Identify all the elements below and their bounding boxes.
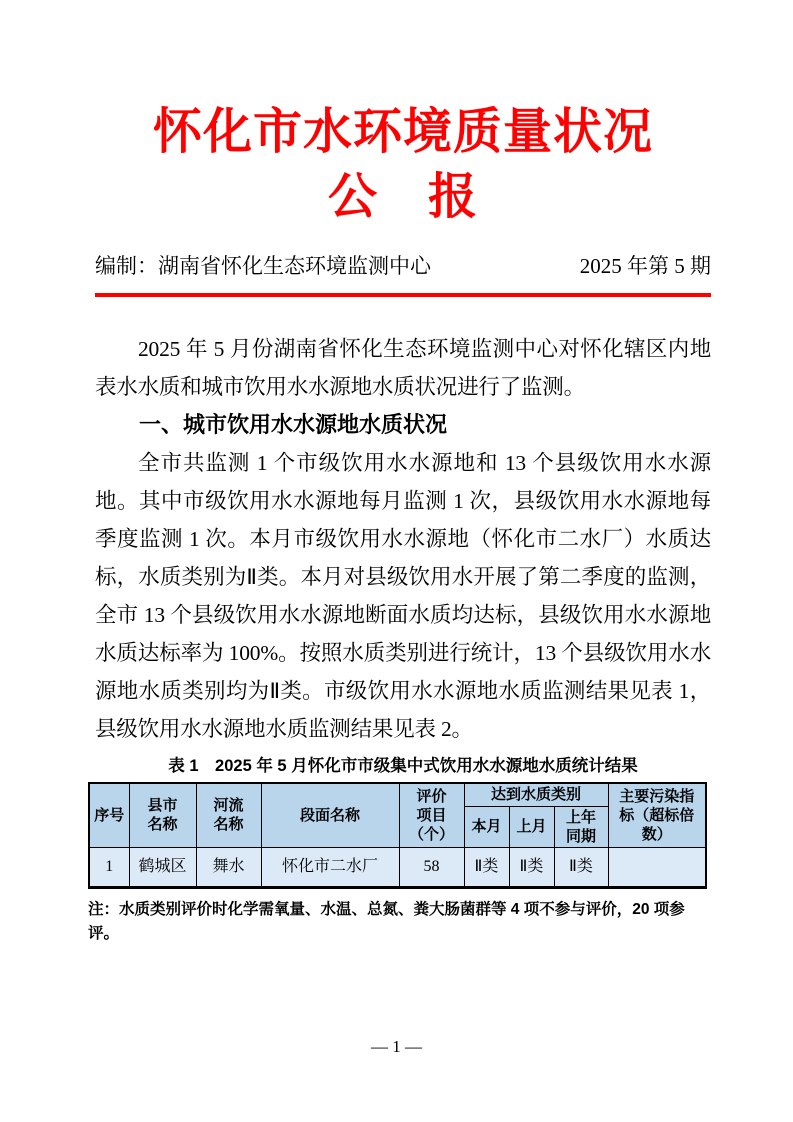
red-divider — [95, 293, 711, 297]
masthead: 编制：湖南省怀化生态环境监测中心 2025 年第 5 期 — [95, 252, 711, 280]
intro-paragraph: 2025 年 5 月份湖南省怀化生态环境监测中心对怀化辖区内地表水水质和城市饮用… — [95, 330, 711, 406]
col-header-index: 序号 — [89, 783, 129, 847]
publisher-text: 编制：湖南省怀化生态环境监测中心 — [95, 252, 431, 280]
col-header-last-month: 上月 — [509, 806, 554, 847]
cell-last-year: Ⅱ类 — [554, 847, 608, 887]
cell-index: 1 — [89, 847, 129, 887]
cell-last-month: Ⅱ类 — [509, 847, 554, 887]
document-header: 怀化市水环境质量状况 公 报 编制：湖南省怀化生态环境监测中心 2025 年第 … — [95, 100, 711, 297]
cell-river: 舞水 — [196, 847, 261, 887]
document-page: 怀化市水环境质量状况 公 报 编制：湖南省怀化生态环境监测中心 2025 年第 … — [0, 0, 793, 1122]
table-1: 序号 县市 名称 河流 名称 段面名称 评价 项目 （个） 达到水质类别 主要污… — [88, 782, 707, 889]
col-header-river: 河流 名称 — [196, 783, 261, 847]
col-header-items: 评价 项目 （个） — [399, 783, 464, 847]
col-header-quality-group: 达到水质类别 — [464, 783, 608, 806]
cell-section: 怀化市二水厂 — [261, 847, 399, 887]
title-line-1: 怀化市水环境质量状况 — [95, 100, 711, 165]
cell-this-month: Ⅱ类 — [464, 847, 509, 887]
col-header-county: 县市 名称 — [129, 783, 196, 847]
cell-pollutants — [608, 847, 706, 887]
section-1-paragraph: 全市共监测 1 个市级饮用水水源地和 13 个县级饮用水水源地。其中市级饮用水水… — [95, 444, 711, 748]
col-header-pollutants: 主要污染指 标（超标倍 数） — [608, 783, 706, 847]
table-1-caption: 表 1 2025 年 5 月怀化市市级集中式饮用水水源地水质统计结果 — [95, 754, 711, 778]
col-header-section: 段面名称 — [261, 783, 399, 847]
cell-items: 58 — [399, 847, 464, 887]
col-header-last-year: 上年 同期 — [554, 806, 608, 847]
table-row: 1 鹤城区 舞水 怀化市二水厂 58 Ⅱ类 Ⅱ类 Ⅱ类 — [89, 847, 706, 887]
document-title: 怀化市水环境质量状况 公 报 — [95, 100, 711, 230]
page-number: — 1 — — [0, 1036, 793, 1058]
issue-number-text: 2025 年第 5 期 — [580, 252, 711, 280]
document-body: 2025 年 5 月份湖南省怀化生态环境监测中心对怀化辖区内地表水水质和城市饮用… — [95, 330, 711, 946]
cell-county: 鹤城区 — [129, 847, 196, 887]
section-1-heading: 一、城市饮用水水源地水质状况 — [95, 406, 711, 444]
table-1-note: 注：水质类别评价时化学需氧量、水温、总氮、粪大肠菌群等 4 项不参与评价，20 … — [88, 898, 711, 946]
col-header-this-month: 本月 — [464, 806, 509, 847]
title-line-2: 公 报 — [95, 165, 711, 230]
